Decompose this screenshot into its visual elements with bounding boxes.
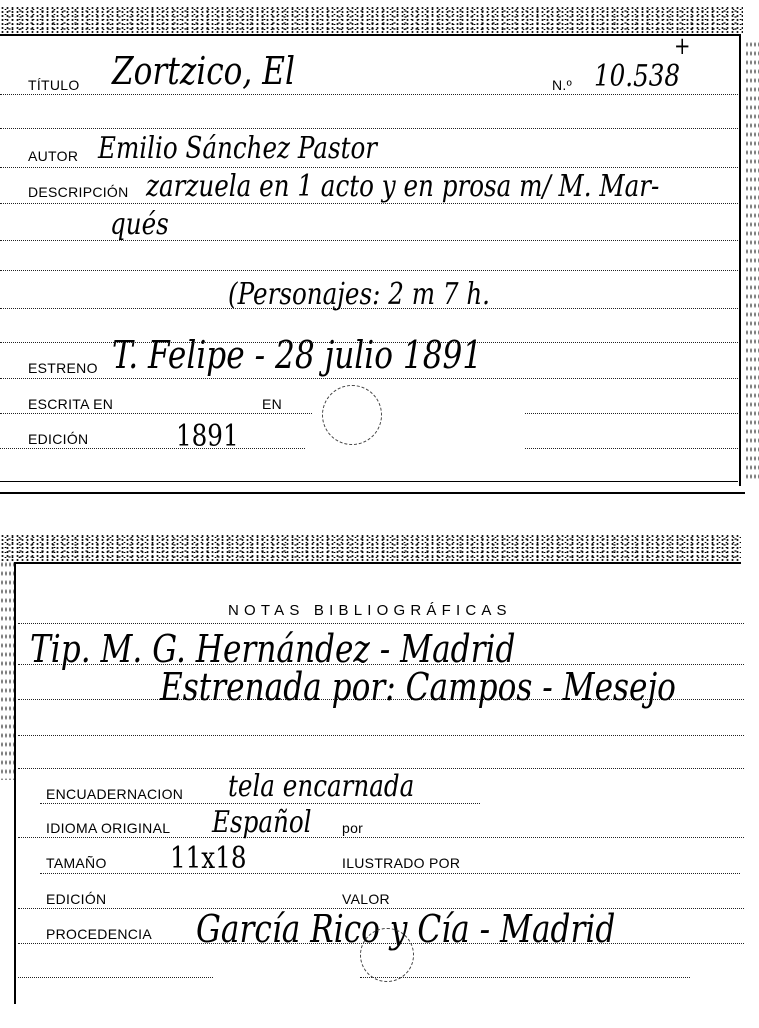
label-numero: N.º (552, 78, 572, 92)
rule-line (360, 977, 690, 978)
card-bottom-edge (0, 481, 738, 482)
label-valor: VALOR (342, 892, 390, 906)
value-tamano: 11x18 (170, 844, 246, 874)
value-titulo: Zortzico, El (112, 52, 295, 90)
rule-line (18, 735, 744, 736)
label-ilustrado-por: ILUSTRADO POR (342, 856, 460, 870)
card-cut-line (0, 492, 745, 494)
label-titulo: TÍTULO (28, 78, 80, 92)
catalog-card-notes: NOTAS BIBLIOGRÁFICAS Tip. M. G. Hernánde… (0, 530, 759, 1010)
value-estreno: T. Felipe - 28 julio 1891 (112, 336, 482, 374)
rule-line (0, 448, 305, 449)
rule-line (0, 413, 312, 414)
rule-line (0, 167, 738, 168)
label-en: EN (262, 397, 282, 411)
value-autor: Emilio Sánchez Pastor (98, 134, 377, 164)
label-descripcion: DESCRIPCIÓN (28, 185, 129, 199)
value-edicion: 1891 (176, 422, 239, 452)
faded-stamp-mark (360, 928, 414, 982)
label-estreno: ESTRENO (28, 361, 98, 375)
rule-line (40, 873, 740, 874)
label-por: por (342, 821, 363, 835)
scan-border-noise (0, 6, 743, 34)
faded-stamp-mark (322, 385, 382, 445)
rule-line (0, 270, 738, 271)
scan-edge-noise (0, 560, 14, 780)
label-tamano: TAMAÑO (46, 856, 107, 870)
rule-line (18, 623, 744, 624)
scan-edge-noise (745, 40, 759, 480)
rule-line (525, 448, 738, 449)
rule-line (0, 128, 738, 129)
label-autor: AUTOR (28, 149, 78, 163)
label-procedencia: PROCEDENCIA (46, 927, 152, 941)
rule-line (525, 413, 738, 414)
rule-line (18, 837, 744, 838)
note-line-2: Estrenada por: Campos - Mesejo (160, 668, 676, 706)
note-line-1: Tip. M. G. Hernández - Madrid (30, 630, 515, 668)
value-numero: 10.538 (594, 62, 680, 92)
rule-line (18, 977, 213, 978)
numero-correction-mark: + (674, 34, 690, 58)
label-idioma-original: IDIOMA ORIGINAL (46, 821, 170, 835)
label-encuadernacion: ENCUADERNACION (46, 787, 183, 801)
value-encuadernacion: tela encarnada (228, 772, 414, 802)
label-edicion-notes: EDICIÓN (46, 892, 106, 906)
value-personajes: (Personajes: 2 m 7 h. (228, 280, 490, 310)
label-escrita-en: ESCRITA EN (28, 397, 113, 411)
value-descripcion-line1: zarzuela en 1 acto y en prosa m/ M. Mar- (146, 172, 659, 202)
rule-line (0, 378, 738, 379)
value-descripcion-line2: qués (110, 210, 169, 240)
catalog-card-main: TÍTULO Zortzico, El N.º 10.538 + AUTOR E… (0, 0, 759, 495)
rule-line (0, 94, 738, 95)
notes-section-title: NOTAS BIBLIOGRÁFICAS (228, 602, 512, 619)
value-idioma-original: Español (212, 808, 312, 838)
scan-border-noise (0, 534, 741, 562)
label-edicion: EDICIÓN (28, 432, 88, 446)
